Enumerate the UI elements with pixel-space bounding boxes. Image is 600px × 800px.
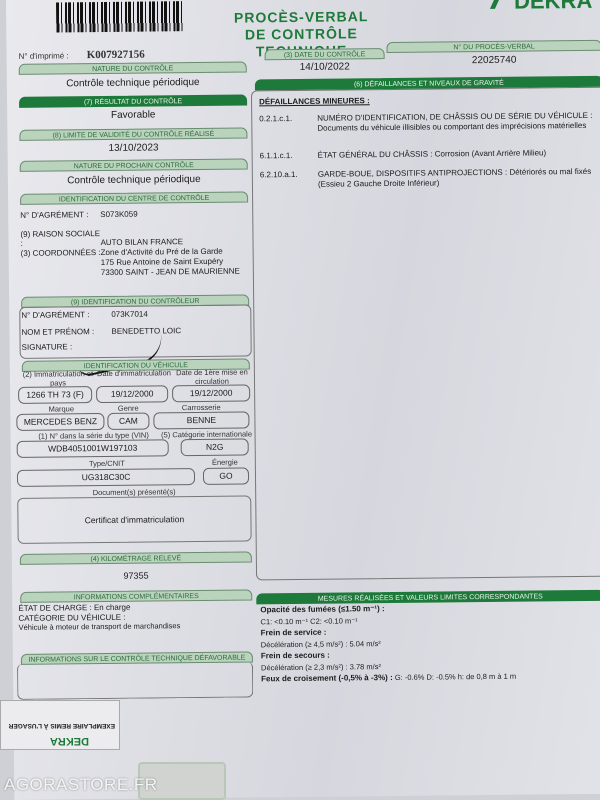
defaillance-item: 0.2.1.c.1. NUMÉRO D'IDENTIFICATION, DE C… [259, 111, 599, 135]
date-circ-label: Date de 1ère mise en circulation [172, 367, 252, 386]
resultat-value: Favorable [19, 108, 247, 121]
date-controle-value: 14/10/2022 [265, 61, 385, 73]
dekra-logo: DEKRA [494, 0, 593, 15]
centre-agrement-value: S073K059 [100, 210, 137, 219]
immat-label: (2) Immatriculation et pays [20, 369, 96, 388]
centre-agrement: N° D'AGRÉMENT :S073K059 [20, 210, 137, 220]
frein-secours-heading: Frein de secours : [261, 651, 330, 661]
title-line-1: PROCÈS-VERBAL [201, 8, 401, 27]
kilometrage-label: (4) KILOMÉTRAGE RELEVÉ [20, 551, 252, 564]
centre-agrement-label: N° D'AGRÉMENT : [20, 210, 100, 220]
centre-coordonnees: (3) COORDONNÉES :Zone d'Activité du Pré … [21, 247, 240, 279]
infos-defavorable-box [17, 661, 253, 699]
feux-heading: Feux de croisement (-0,5% à -3%) : [261, 673, 393, 683]
stub-text: EXEMPLAIRE REMIS À L'USAGER [9, 722, 115, 729]
centre-label: IDENTIFICATION DU CENTRE DE CONTRÔLE [20, 191, 248, 204]
genre-value: CAM [107, 413, 149, 430]
centre-coord-label: (3) COORDONNÉES : [21, 248, 101, 259]
vin-value: WDB4051001W197103 [17, 439, 169, 458]
controleur-nom-label: NOM ET PRÉNOM : [21, 327, 111, 337]
defaillance-text: NUMÉRO D'IDENTIFICATION, DE CHÂSSIS OU D… [317, 111, 599, 134]
barcode [56, 1, 184, 32]
user-copy-stub: DEKRA EXEMPLAIRE REMIS À L'USAGER [0, 700, 120, 750]
date-controle-label: (3) DATE DU CONTRÔLE [265, 48, 385, 60]
opacite-heading: Opacité des fumées (≤1.50 m⁻¹) : [260, 604, 384, 614]
energie-label: Énergie [201, 457, 249, 467]
centre-raison: (9) RAISON SOCIALE :AUTO BILAN FRANCE [20, 228, 183, 248]
imprime-value: K007927156 [87, 49, 145, 62]
mesures-content: Opacité des fumées (≤1.50 m⁻¹) : C1: <0.… [260, 601, 600, 685]
signature-label: SIGNATURE : [22, 342, 73, 352]
defaillance-item: 6.2.10.a.1. GARDE-BOUE, DISPOSITIFS ANTI… [260, 167, 600, 191]
carrosserie-value: BENNE [153, 411, 249, 429]
controleur-agrement: N° D'AGRÉMENT :073K7014 [21, 310, 148, 320]
defaillance-code: 0.2.1.c.1. [259, 114, 292, 124]
type-label: Type/CNIT [17, 458, 197, 469]
address-line: 175 Rue Antoine de Saint Exupéry [101, 257, 223, 267]
infos-complementaires-text: ÉTAT DE CHARGE : En charge CATÉGORIE DU … [18, 602, 180, 632]
prochain-controle-label: NATURE DU PROCHAIN CONTRÔLE [20, 158, 248, 171]
controleur-agrement-label: N° D'AGRÉMENT : [21, 310, 111, 320]
controleur-agrement-value: 073K7014 [111, 310, 148, 319]
date-immat-value: 19/12/2000 [96, 385, 168, 403]
immat-value: 1266 TH 73 (F) [18, 386, 92, 404]
energie-value: GO [203, 467, 249, 484]
resultat-label: (7) RÉSULTAT DU CONTRÔLE [19, 94, 247, 107]
defaillance-code: 6.2.10.a.1. [260, 170, 298, 180]
date-circ-value: 19/12/2000 [172, 384, 250, 402]
dekra-mark-icon [490, 0, 512, 9]
prochain-controle-value: Contrôle technique périodique [20, 173, 248, 186]
document-page: PROCÈS-VERBAL DE CONTRÔLE TECHNIQUE DEKR… [6, 0, 600, 800]
stub-brand: DEKRA [50, 735, 89, 747]
watermark: AGORASTORE.FR [4, 775, 158, 795]
date-immat-label: Date d'immatriculation [96, 368, 172, 378]
genre-label: Genre [106, 404, 150, 413]
kilometrage-value: 97355 [20, 569, 252, 581]
type-value: UG318C30C [17, 468, 195, 487]
marque-value: MERCEDES BENZ [16, 413, 104, 431]
defaillance-text: GARDE-BOUE, DISPOSITIFS ANTIPROJECTIONS … [318, 167, 600, 190]
address-line: Zone d'Activité du Pré de la Garde [101, 247, 223, 257]
defaillance-code: 6.1.1.c.1. [260, 151, 293, 161]
numero-pv-label: N° DU PROCÈS-VERBAL [386, 40, 600, 53]
feux-value: G: -0.6% D: -0.5% h: de 0,8 m à 1 m [395, 672, 516, 682]
imprime-number: N° d'imprimé :K007927156 [19, 49, 145, 62]
categorie-vehicule-value: Véhicule à moteur de transport de marcha… [19, 621, 181, 632]
categorie-value: N2G [181, 438, 249, 456]
centre-raison-value: AUTO BILAN FRANCE [100, 237, 183, 247]
frein-service-heading: Frein de service : [261, 628, 327, 638]
nature-controle-label: NATURE DU CONTRÔLE [19, 61, 247, 74]
centre-raison-label: (9) RAISON SOCIALE : [20, 229, 100, 248]
imprime-label: N° d'imprimé : [19, 51, 69, 61]
nature-controle-value: Contrôle technique périodique [19, 76, 247, 89]
controleur-signature: SIGNATURE : [22, 342, 73, 352]
address-line: 73300 SAINT - JEAN DE MAURIENNE [101, 267, 240, 277]
limite-validite-value: 13/10/2023 [20, 141, 248, 154]
infos-complementaires-label: INFORMATIONS COMPLÉMENTAIRES [20, 589, 252, 602]
centre-address: Zone d'Activité du Pré de la Garde175 Ru… [101, 247, 240, 278]
limite-validite-label: (8) LIMITE DE VALIDITÉ DU CONTRÔLE RÉALI… [19, 127, 247, 140]
numero-pv-value: 22025740 [387, 54, 600, 67]
brand-name: DEKRA [514, 0, 592, 14]
